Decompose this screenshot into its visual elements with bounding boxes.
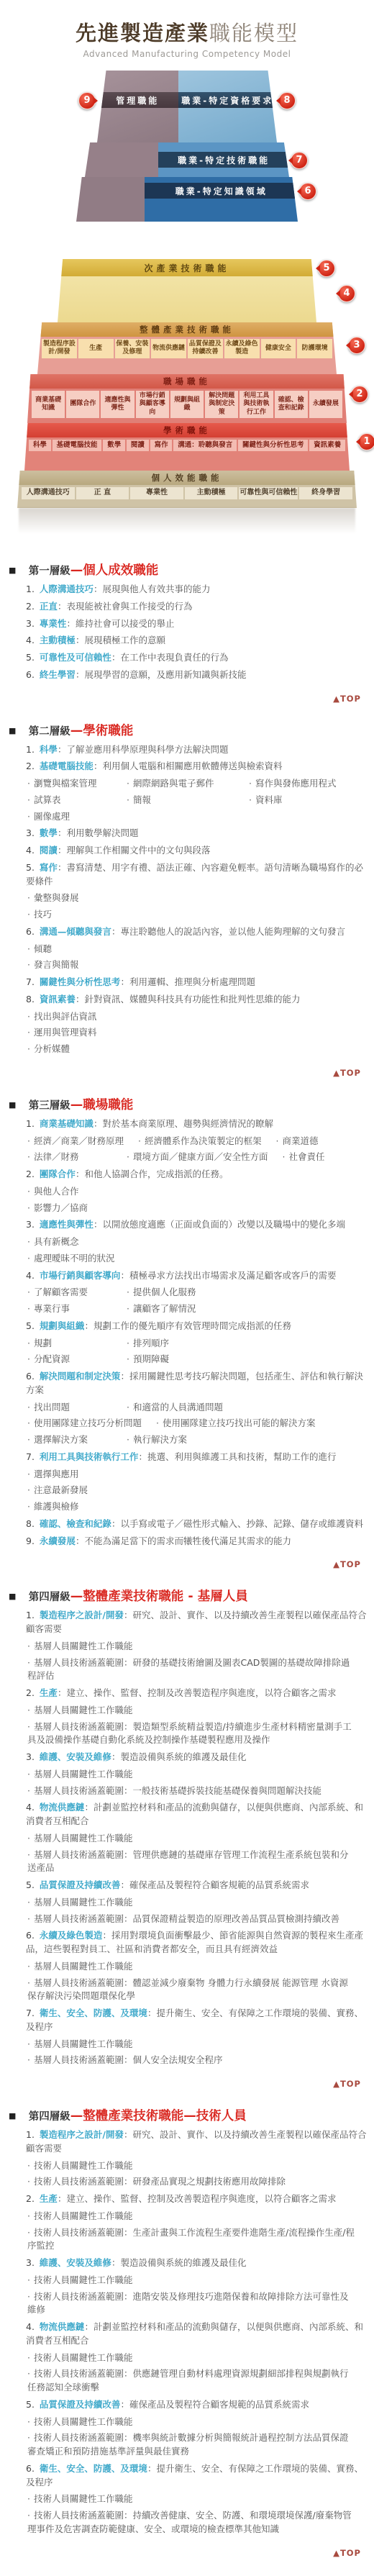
badge-2-icon: 2	[351, 386, 368, 403]
bullet-text: 使用團隊建立技巧分析問題	[34, 1418, 142, 1428]
bullet-text: 技術人員技術涵蓋範圍：供應鏈管理自動材料處理資源規劃細部排程與規劃執行任務認知全…	[27, 2368, 349, 2393]
occupation-technical-bar: 職業-特定技術職能	[158, 152, 289, 168]
bullet-text: 經濟／商業／財務原理	[34, 1135, 124, 1146]
competency-item: 1. 人際溝通技巧：展現與他人有效共事的能力	[26, 583, 368, 597]
bullet-item: ·專業行事	[27, 1302, 112, 1316]
dot-bullet-icon: ·	[27, 2160, 30, 2171]
pyramid-cell: 終身學習	[299, 487, 352, 499]
item-number: 6.	[26, 1930, 35, 1941]
item-term: 適應性與彈性	[40, 1219, 93, 1230]
item-number: 3.	[26, 2257, 35, 2268]
bullet-text: 寫作與發佈應用程式	[255, 778, 337, 789]
dot-bullet-icon: ·	[27, 1402, 30, 1412]
item-number: 6.	[26, 926, 35, 937]
bullet-item: ·經濟／商業／財務原理	[27, 1135, 124, 1148]
bullet-row: ·與他人合作	[27, 1185, 368, 1199]
bullet-text: 基層人員關鍵性工作職能	[34, 1897, 133, 1908]
bullet-text: 基層人員關鍵性工作職能	[34, 1833, 133, 1843]
dot-bullet-icon: ·	[27, 2432, 30, 2443]
bullet-text: 試算表	[34, 794, 61, 805]
bullet-row: ·技術人員技術涵蓋範圍：供應鏈管理自動材料處理資源規劃細部排程與規劃執行任務認知…	[27, 2367, 368, 2395]
dot-bullet-icon: ·	[27, 892, 30, 903]
bullet-text: 技術人員關鍵性工作職能	[34, 2275, 133, 2285]
dot-bullet-icon: ·	[27, 1641, 30, 1651]
back-to-top-link[interactable]: ▲TOP	[333, 2079, 361, 2089]
bullet-row: ·技術人員技術涵蓋範圍：進階安裝及修理技巧進階保養和故障排除方法可靠性及維修	[27, 2290, 368, 2318]
bullet-row: ·基層人員技術涵蓋範圍：體認並減少廢棄物 身體力行永續發展 能源管理 水資源保存…	[27, 1977, 368, 2004]
level-section: ■ 第四層級—整體產業技術職能—技術人員 1. 製造程序之設計/開發：研究、設計…	[9, 2104, 368, 2559]
bullet-row: ·具有新概念	[27, 1235, 368, 1249]
bullet-text: 具有新概念	[34, 1236, 79, 1247]
dot-bullet-icon: ·	[27, 1287, 30, 1297]
dot-bullet-icon: ·	[27, 1705, 30, 1715]
bullet-text: 選擇與應用	[34, 1469, 79, 1479]
bullet-text: 基層人員關鍵性工作職能	[34, 1641, 133, 1651]
pyramid-cell: 閱讀	[127, 440, 149, 451]
bullet-item: ·技術人員技術涵蓋範圍：研發產品實現之規劃技術應用故障排除	[27, 2175, 286, 2189]
bullet-text: 找出與評估資訊	[34, 1011, 97, 1022]
competency-item-line: 3. 數學：利用數學解決問題	[26, 827, 368, 840]
competency-item: 2. 生產：建立、操作、監督、控制及改善製造程序與進度，以符合顧客之需求 ·基層…	[26, 1687, 368, 1747]
dot-bullet-icon: ·	[27, 1011, 30, 1022]
item-description: ：建立、操作、監督、控制及改善製造程序與進度，以符合顧客之需求	[58, 1687, 337, 1698]
item-term: 生產	[40, 2193, 58, 2204]
pyramid-tier-management-and-requirements: 管理職能 職業-特定資格要求	[97, 71, 277, 142]
dot-bullet-icon: ·	[27, 1202, 30, 1213]
pyramid-cell: 人際溝通技巧	[22, 487, 75, 499]
competency-item-line: 9. 永續發展：不能為滿足當下的需求而犧牲後代滿足其需求的能力	[26, 1535, 368, 1548]
top-link-row: ▲TOP	[9, 2545, 361, 2559]
section-heading: ■ 第三層級—職場職能	[9, 1093, 368, 1113]
item-number: 5.	[26, 862, 35, 873]
bullet-text: 傾聽	[34, 943, 52, 954]
top-link-row: ▲TOP	[9, 691, 361, 704]
competency-item: 6. 終生學習：展現學習的意願，及應用新知識與新技能	[26, 668, 368, 682]
item-number: 2.	[26, 761, 35, 771]
competency-item: 5. 規劃與組織：規劃工作的優先順序有效管理時間完成指派的任務 ·規劃 ·排列順…	[26, 1320, 368, 1366]
competency-item: 3. 適應性與彈性：以開放態度適應（正面或負面的）改變以及職場中的變化多端 ·具…	[26, 1218, 368, 1265]
dot-bullet-icon: ·	[27, 1501, 30, 1512]
pyramid-cell: 團隊合作	[66, 391, 99, 418]
back-to-top-link[interactable]: ▲TOP	[333, 1068, 361, 1078]
bullet-text: 技術人員技術涵蓋範圍：持續改善健康、安全、防護、和環境環境保護/廢棄物管理事件及…	[27, 2510, 352, 2534]
pyramid-cell: 主動積極	[185, 487, 238, 499]
pyramid-cell: 可靠性與可信賴性	[239, 487, 298, 499]
dot-bullet-icon: ·	[27, 2038, 30, 2049]
competency-item-line: 3. 維護、安裝及維修：製造設備與系統的維護及最佳化	[26, 2257, 368, 2270]
level-sections: ■ 第一層級—個人成效職能 1. 人際溝通技巧：展現與他人有效共事的能力 2. …	[0, 558, 374, 2576]
badge-5-icon: 5	[318, 260, 335, 277]
dot-bullet-icon: ·	[249, 794, 252, 805]
competency-item-line: 5. 品質保證及持續改善：確保產品及製程符合顧客規範的品質系統需求	[26, 1879, 368, 1892]
badge-9-icon: 9	[78, 92, 96, 109]
bullet-item: ·法律／財務	[27, 1151, 112, 1164]
bullet-row: ·基層人員技術涵蓋範圍：製造類型系統精益製造/持續進步生產材料精密量測手工具及設…	[27, 1720, 368, 1748]
competency-item: 5. 寫作：書寫清楚、用字有禮、語法正確、內容避免輕率。語句清晰為職場寫作的必要…	[26, 861, 368, 922]
pyramid-cell: 健康安全	[261, 339, 296, 358]
bullet-item: ·注意最新發展	[27, 1484, 112, 1497]
pyramid-cell: 防護環境	[297, 339, 332, 358]
item-term: 物流供應鏈	[40, 1802, 85, 1813]
item-term: 確認、檢查和紀錄	[40, 1518, 111, 1529]
bullet-item: ·讓顧客了解情況	[127, 1302, 234, 1316]
competency-item-line: 1. 商業基礎知識：對於基本商業原理、趨勢與經濟情況的瞭解	[26, 1117, 368, 1131]
bullet-item: ·與他人合作	[27, 1185, 112, 1199]
bullet-text: 基層人員技術涵蓋範圍：體認並減少廢棄物 身體力行永續發展 能源管理 水資源保存解…	[27, 1977, 348, 2002]
competency-item-line: 1. 製造程序之設計/開發：研究、設計、實作、以及持續改善生產製程以確保產品符合…	[26, 2128, 368, 2156]
bullet-text: 技術人員關鍵性工作職能	[34, 2210, 133, 2221]
bullet-text: 選擇解決方案	[34, 1434, 88, 1445]
bullet-item: ·基層人員技術涵蓋範圍：製造類型系統精益製造/持續進步生產材料精密量測手工具及設…	[27, 1720, 357, 1748]
bullet-item: ·基層人員關鍵性工作職能	[27, 1704, 133, 1718]
pyramid-cell: 生產	[78, 339, 114, 358]
competency-item: 4. 市場行銷與顧客導向：積極尋求方法找出市場需求及滿足顧客或客戶的需要 ·了解…	[26, 1269, 368, 1316]
pyramid-cell: 利用工具與技術執行工作	[240, 391, 273, 418]
occupation-knowledge-label: 職業-特定知識領域	[175, 185, 268, 197]
dot-bullet-icon: ·	[27, 2176, 30, 2187]
competency-item: 5. 品質保證及持續改善：確保產品及製程符合顧客規範的品質系統需求 ·技術人員關…	[26, 2398, 368, 2459]
item-description: ：建立、操作、監督、控制及改善製造程序與進度，以符合顧客之需求	[58, 2193, 337, 2204]
bullet-row: ·規劃 ·排列順序	[27, 1337, 368, 1351]
competency-item-line: 3. 適應性與彈性：以開放態度適應（正面或負面的）改變以及職場中的變化多端	[26, 1218, 368, 1232]
workplace-cells: 商業基礎知識團隊合作適應性與彈性市場行銷與顧客導向規劃與組織解決問題與制定決策利…	[27, 389, 347, 420]
dot-bullet-icon: ·	[27, 1434, 30, 1445]
item-number: 4.	[26, 1270, 35, 1281]
industry-bar: 整體產業技術職能	[37, 322, 337, 337]
item-number: 6.	[26, 2463, 35, 2474]
bullet-text: 規劃	[34, 1338, 52, 1348]
item-description: ：製造設備與系統的維護及最佳化	[111, 2257, 247, 2268]
competency-item: 8. 確認、檢查和紀錄：以手寫或電子／磁性形式輸入、抄錄、記錄、儲存或維護資料	[26, 1518, 368, 1531]
dot-bullet-icon: ·	[27, 2368, 30, 2379]
item-term: 維護、安裝及維修	[40, 1751, 111, 1762]
item-term: 生產	[40, 1687, 58, 1698]
dot-bullet-icon: ·	[127, 1303, 129, 1314]
bullet-row: ·影響力／協商	[27, 1202, 368, 1215]
occupation-technical-label: 職業-特定技術職能	[178, 154, 270, 166]
section-heading: ■ 第一層級—個人成效職能	[9, 558, 368, 579]
dot-bullet-icon: ·	[27, 2210, 30, 2221]
bullet-item: ·經濟體系作為決策製定的框架	[138, 1135, 262, 1148]
dot-bullet-icon: ·	[127, 1287, 129, 1297]
industry-cells: 製造程序設計/開發生產保養、安裝及修理物流供應鏈品質保證及持續改善永續及綠色製造…	[37, 337, 337, 360]
item-term: 永續及綠色製造	[40, 1930, 103, 1941]
bullet-text: 基層人員技術涵蓋範圍：個人安全法規安全程序	[34, 2054, 223, 2065]
competency-item-line: 6. 終生學習：展現學習的意願，及應用新知識與新技能	[26, 668, 368, 682]
dot-bullet-icon: ·	[27, 1897, 30, 1908]
item-description: ：展現學習的意願，及應用新知識與新技能	[76, 669, 247, 680]
bullet-text: 讓顧客了解情況	[133, 1303, 196, 1314]
bullet-text: 資料庫	[255, 794, 283, 805]
bullet-text: 預期障礙	[133, 1353, 169, 1364]
item-term: 維護、安裝及維修	[40, 2257, 111, 2268]
bullet-item: ·社會責任	[282, 1151, 324, 1164]
competency-item-line: 6. 永續及綠色製造：採用對環境負面衝擊最少、節省能源與自然資源的製程來生產產品…	[26, 1929, 368, 1956]
section-level-label: 第三層級	[29, 1100, 70, 1112]
bullet-row: ·技術人員關鍵性工作職能	[27, 2210, 368, 2223]
bullet-item: ·使用團隊建立技巧分析問題	[27, 1417, 142, 1430]
item-term: 資訊素養	[40, 994, 76, 1004]
item-description: ：規劃工作的優先順序有效管理時間完成指派的任務	[84, 1320, 291, 1331]
badge-4-icon: 4	[338, 285, 355, 302]
competency-item-line: 2. 正直：表現能被社會與工作接受的行為	[26, 600, 368, 614]
back-to-top-link[interactable]: ▲TOP	[333, 1559, 361, 1569]
tier-management-block: 管理職能	[97, 71, 178, 142]
subindustry-bar: 次產業技術職能	[58, 259, 316, 276]
dot-bullet-icon: ·	[27, 1657, 30, 1668]
item-term: 主動積極	[40, 635, 76, 645]
competency-item: 3. 數學：利用數學解決問題	[26, 827, 368, 840]
bullet-item: ·基層人員關鍵性工作職能	[27, 1768, 133, 1782]
item-term: 科學	[40, 744, 58, 755]
bullet-item: ·執行解決方案	[127, 1433, 234, 1447]
bullet-text: 維護與檢修	[34, 1501, 79, 1512]
pyramid-cell: 永續發展	[309, 391, 342, 418]
competency-item-line: 1. 製造程序之設計/開發：研究、設計、實作、以及持續改善生產製程以確保產品符合…	[26, 1609, 368, 1636]
competency-item-line: 5. 規劃與組織：規劃工作的優先順序有效管理時間完成指派的任務	[26, 1320, 368, 1333]
competency-item: 7. 關鍵性與分析性思考：利用邏輯、推理與分析處理問題	[26, 976, 368, 989]
bullet-row: ·使用團隊建立技巧分析問題 ·使用團隊建立技巧找出可能的解決方案	[27, 1417, 368, 1430]
bullet-row: ·技巧	[27, 908, 368, 922]
dot-bullet-icon: ·	[27, 2275, 30, 2285]
item-description: ：確保產品及製程符合顧客規範的品質系統需求	[120, 2399, 309, 2410]
back-to-top-link[interactable]: ▲TOP	[333, 2548, 361, 2558]
item-number: 3.	[26, 1751, 35, 1762]
dot-bullet-icon: ·	[27, 1353, 30, 1364]
competency-item: 4. 物流供應鏈：計劃並監控材料和產品的流動與儲存，以便與供應商、內部系統、和消…	[26, 2321, 368, 2395]
item-term: 專業性	[40, 618, 67, 629]
competency-item-line: 8. 資訊素養：針對資訊、媒體與科技具有功能性和批判性思維的能力	[26, 993, 368, 1007]
bullet-text: 技術人員技術涵蓋範圍：生產計畫與工作流程生產要件進階生產/流程操作生產/程序監控	[27, 2227, 355, 2251]
level-section: ■ 第三層級—職場職能 1. 商業基礎知識：對於基本商業原理、趨勢與經濟情況的瞭…	[9, 1093, 368, 1571]
bullet-item: ·基層人員關鍵性工作職能	[27, 1896, 133, 1910]
pyramid-cell: 數學	[103, 440, 125, 451]
dot-bullet-icon: ·	[27, 1785, 30, 1796]
pyramid-cell: 市場行銷與顧客導向	[136, 391, 169, 418]
bullet-row: ·選擇與應用	[27, 1468, 368, 1482]
pyramid-cell: 關鍵性與分析性思考	[238, 440, 308, 451]
pyramid-cell: 適應性與彈性	[101, 391, 134, 418]
dot-bullet-icon: ·	[27, 1253, 30, 1264]
bullet-row: ·技術人員關鍵性工作職能	[27, 2159, 368, 2173]
pyramid-cell: 專業性	[130, 487, 183, 499]
pyramid-cell: 確認、檢查和記錄	[275, 391, 308, 418]
bullet-item: ·技術人員技術涵蓋範圍：供應鏈管理自動材料處理資源規劃細部排程與規劃執行任務認知…	[27, 2367, 357, 2395]
item-description: ：和他人協調合作，完成指派的任務。	[76, 1169, 229, 1179]
item-term: 商業基礎知識	[40, 1118, 93, 1129]
competency-item-line: 2. 生產：建立、操作、監督、控制及改善製造程序與進度，以符合顧客之需求	[26, 2192, 368, 2206]
bullet-item: ·基層人員關鍵性工作職能	[27, 1640, 133, 1654]
bullet-text: 執行解決方案	[133, 1434, 187, 1445]
management-column-side	[76, 177, 145, 222]
dot-bullet-icon: ·	[27, 2493, 30, 2504]
competency-item-line: 2. 團隊合作：和他人協調合作，完成指派的任務。	[26, 1168, 368, 1182]
personal-label: 個人效能職能	[152, 472, 223, 484]
item-term: 規劃與組織	[40, 1320, 85, 1331]
competency-item-line: 7. 利用工具與技術執行工作：挑選、利用與維護工具和技術，幫助工作的進行	[26, 1451, 368, 1464]
section-level-label: 第四層級	[29, 1592, 70, 1603]
competency-item: 3. 維護、安裝及維修：製造設備與系統的維護及最佳化 ·基層人員關鍵性工作職能	[26, 1751, 368, 1797]
dot-bullet-icon: ·	[275, 1135, 278, 1146]
top-link-row: ▲TOP	[9, 2076, 361, 2090]
item-number: 3.	[26, 1219, 35, 1230]
item-term: 物流供應鏈	[40, 2321, 85, 2332]
item-description: ：利用邏輯、推理與分析處理問題	[120, 976, 255, 987]
dot-bullet-icon: ·	[27, 1961, 30, 1972]
dot-bullet-icon: ·	[27, 2352, 30, 2363]
bullet-text: 環境方面／健康方面／安全性方面	[133, 1151, 268, 1162]
bullet-item: ·分配資源	[27, 1353, 112, 1366]
bullet-text: 技術人員關鍵性工作職能	[34, 2352, 133, 2363]
section-title: —整體產業技術職能—技術人員	[70, 2109, 247, 2123]
dot-bullet-icon: ·	[27, 943, 30, 954]
bullet-row: ·基層人員關鍵性工作職能	[27, 1640, 368, 1654]
dot-bullet-icon: ·	[27, 2416, 30, 2427]
occupation-requirements-label: 職業-特定資格要求	[181, 94, 273, 106]
academic-bar: 學術職能	[24, 423, 350, 437]
bullet-row: ·基層人員關鍵性工作職能	[27, 1960, 368, 1974]
bullet-item: ·技術人員關鍵性工作職能	[27, 2210, 133, 2223]
bullet-text: 基層人員技術涵蓋範圍：製造類型系統精益製造/持續進步生產材料精密量測手工具及設備…	[27, 1721, 352, 1746]
bullet-item: ·維護與檢修	[27, 1500, 112, 1514]
bullet-row: ·了解顧客需要 ·提供個人化服務	[27, 1286, 368, 1300]
competency-item: 2. 正直：表現能被社會與工作接受的行為	[26, 600, 368, 614]
pyramid-cell: 物流供應鏈	[151, 339, 186, 358]
competency-item: 1. 商業基礎知識：對於基本商業原理、趨勢與經濟情況的瞭解 ·經濟／商業／財務原…	[26, 1117, 368, 1164]
bullet-text: 基層人員關鍵性工作職能	[34, 1705, 133, 1715]
item-term: 正直	[40, 601, 58, 612]
bullet-row: ·法律／財務 ·環境方面／健康方面／安全性方面 ·社會責任	[27, 1151, 368, 1164]
title-main: 先進製造產業	[76, 21, 209, 45]
competency-item: 6. 溝通—傾聽與發言：專注聆聽他人的說話內容，並以他人能夠理解的文句發言 ·傾…	[26, 925, 368, 972]
dot-bullet-icon: ·	[27, 1833, 30, 1843]
bullet-text: 基層人員關鍵性工作職能	[34, 1769, 133, 1779]
dot-bullet-icon: ·	[27, 2291, 30, 2302]
pyramid-tier-industry: 整體產業技術職能 製造程序設計/開發生產保養、安裝及修理物流供應鏈品質保證及持續…	[37, 322, 337, 374]
bullet-row: ·技術人員關鍵性工作職能	[27, 2416, 368, 2429]
bullet-item: ·商業道德	[275, 1135, 318, 1148]
bullet-item: ·技術人員技術涵蓋範圍：進階安裝及修理技巧進階保養和故障排除方法可靠性及維修	[27, 2290, 357, 2318]
level-section: ■ 第一層級—個人成效職能 1. 人際溝通技巧：展現與他人有效共事的能力 2. …	[9, 558, 368, 704]
bullet-item: ·技術人員關鍵性工作職能	[27, 2416, 133, 2429]
bullet-item: ·運用與管理資料	[27, 1026, 112, 1040]
bullet-text: 和適當的人員溝通問題	[133, 1402, 223, 1412]
pyramid-cell: 溝通：聆聽與發言	[173, 440, 237, 451]
bullet-row: ·圖像處理	[27, 810, 368, 824]
competency-item: 3. 維護、安裝及維修：製造設備與系統的維護及最佳化 ·技術人員關鍵性工作職能	[26, 2257, 368, 2317]
competency-item: 2. 基礎電腦技能：利用個人電腦和相關應用軟體傳送與檢索資料 ·瀏覽與檔案管理 …	[26, 760, 368, 823]
bullet-item: ·基層人員技術涵蓋範圍：個人安全法規安全程序	[27, 2054, 223, 2067]
competency-item-line: 5. 寫作：書寫清楚、用字有禮、語法正確、內容避免輕率。語句清晰為職場寫作的必要…	[26, 861, 368, 889]
bullet-item: ·找出與評估資訊	[27, 1010, 112, 1024]
bullet-row: ·找出問題 ·和適當的人員溝通問題	[27, 1401, 368, 1415]
item-number: 5.	[26, 2399, 35, 2410]
dot-bullet-icon: ·	[27, 2510, 30, 2521]
item-term: 市場行銷與顧客導向	[40, 1270, 121, 1281]
pyramid-reflection	[19, 508, 355, 534]
square-bullet-icon: ■	[9, 566, 16, 575]
item-number: 5.	[26, 1320, 35, 1331]
item-description: ：利用數學解決問題	[58, 827, 139, 838]
section-heading: ■ 第四層級—整體產業技術職能—技術人員	[9, 2104, 368, 2124]
dot-bullet-icon: ·	[27, 1027, 30, 1038]
item-term: 閱讀	[40, 845, 58, 856]
competency-item-line: 8. 確認、檢查和紀錄：以手寫或電子／磁性形式輸入、抄錄、記錄、儲存或維護資料	[26, 1518, 368, 1531]
competency-item: 3. 專業性：維持社會可以接受的舉止	[26, 617, 368, 631]
pyramid-cell: 科學	[29, 440, 51, 451]
competency-item: 6. 永續及綠色製造：採用對環境負面衝擊最少、節省能源與自然資源的製程來生產產品…	[26, 1929, 368, 2003]
dot-bullet-icon: ·	[127, 1353, 129, 1364]
bullet-row: ·基層人員關鍵性工作職能	[27, 1768, 368, 1782]
bullet-item: ·技術人員關鍵性工作職能	[27, 2351, 133, 2365]
section-level-label: 第一層級	[29, 566, 70, 577]
competency-item: 6. 衛生、安全、防護、及環境：提升衛生、安全、有保障之工作環境的裝備、實務、及…	[26, 2462, 368, 2536]
bullet-text: 分配資源	[34, 1353, 70, 1364]
bullet-item: ·技術人員技術涵蓋範圍：生產計畫與工作流程生產要件進階生產/流程操作生產/程序監…	[27, 2226, 357, 2254]
bullet-row: ·找出與評估資訊	[27, 1010, 368, 1024]
bullet-row: ·分析媒體	[27, 1043, 368, 1056]
bullet-text: 基層人員技術涵蓋範圍：一般技術基礎拆裝技能基礎保養與問題解決技能	[34, 1785, 321, 1796]
bullet-text: 瀏覽與檔案管理	[34, 778, 97, 789]
competency-item: 4. 物流供應鏈：計劃並監控材料和產品的流動與儲存，以便與供應商、內部系統、和消…	[26, 1801, 368, 1875]
item-description: ：展現與他人有效共事的能力	[93, 584, 211, 594]
bullet-row: ·基層人員技術涵蓋範圍：個人安全法規安全程序	[27, 2054, 368, 2067]
bullet-text: 找出問題	[34, 1402, 70, 1412]
item-number: 4.	[26, 2321, 35, 2332]
dot-bullet-icon: ·	[27, 778, 30, 789]
bullet-row: ·選擇解決方案 ·執行解決方案	[27, 1433, 368, 1447]
competency-item: 4. 主動積極：展現積極工作的意願	[26, 634, 368, 648]
bullet-text: 技術人員關鍵性工作職能	[34, 2493, 133, 2504]
dot-bullet-icon: ·	[27, 1469, 30, 1479]
level-section: ■ 第二層級—學術職能 1. 科學：了解並應用科學原理與科學方法解決問題 2. …	[9, 719, 368, 1079]
section-level-label: 第四層級	[29, 2111, 70, 2123]
item-term: 寫作	[40, 862, 58, 873]
pyramid-cell: 製造程序設計/開發	[42, 339, 77, 358]
bullet-text: 提供個人化服務	[133, 1287, 196, 1297]
management-column-side	[85, 142, 158, 177]
item-description: ：利用個人電腦和相關應用軟體傳送與檢索資料	[93, 761, 283, 771]
bullet-text: 彙整與發展	[34, 892, 79, 903]
item-number: 4.	[26, 845, 35, 856]
bullet-item: ·排列順序	[127, 1337, 234, 1351]
bullet-row: ·技術人員技術涵蓋範圍：生產計畫與工作流程生產要件進階生產/流程操作生產/程序監…	[27, 2226, 368, 2254]
dot-bullet-icon: ·	[27, 1721, 30, 1732]
back-to-top-link[interactable]: ▲TOP	[333, 694, 361, 704]
competency-item: 1. 科學：了解並應用科學原理與科學方法解決問題	[26, 743, 368, 757]
bullet-text: 運用與管理資料	[34, 1027, 97, 1038]
bullet-item: ·選擇解決方案	[27, 1433, 112, 1447]
competency-item: 7. 利用工具與技術執行工作：挑選、利用與維護工具和技術，幫助工作的進行 ·選擇…	[26, 1451, 368, 1514]
item-description: ：維持社會可以接受的舉止	[66, 618, 174, 629]
item-term: 衛生、安全、防護、及環境	[40, 2463, 147, 2474]
competency-item-line: 1. 人際溝通技巧：展現與他人有效共事的能力	[26, 583, 368, 597]
dot-bullet-icon: ·	[27, 2054, 30, 2065]
bullet-item: ·試算表	[27, 794, 112, 807]
bullet-text: 經濟體系作為決策製定的框架	[145, 1135, 262, 1146]
bullet-item: ·基層人員技術涵蓋範圍：研發的基礎技術繪圖及圖表CAD製圖的基礎故障排除過程評估	[27, 1656, 357, 1684]
pyramid-cell: 資訊素養	[309, 440, 345, 451]
bullet-row: ·技術人員關鍵性工作職能	[27, 2493, 368, 2506]
bullet-row: ·維護與檢修	[27, 1500, 368, 1514]
level-section: ■ 第四層級—整體產業技術職能 - 基層人員 1. 製造程序之設計/開發：研究、…	[9, 1584, 368, 2090]
bullet-item: ·圖像處理	[27, 810, 112, 824]
bullet-item: ·資料庫	[249, 794, 283, 807]
bullet-row: ·技術人員技術涵蓋範圍：持續改善健康、安全、防護、和環境環境保護/廢棄物管理事件…	[27, 2509, 368, 2536]
dot-bullet-icon: ·	[27, 794, 30, 805]
badge-7-icon: 7	[291, 152, 308, 169]
item-description: ：確保產品及製程符合顧客規範的品質系統需求	[120, 1879, 309, 1890]
